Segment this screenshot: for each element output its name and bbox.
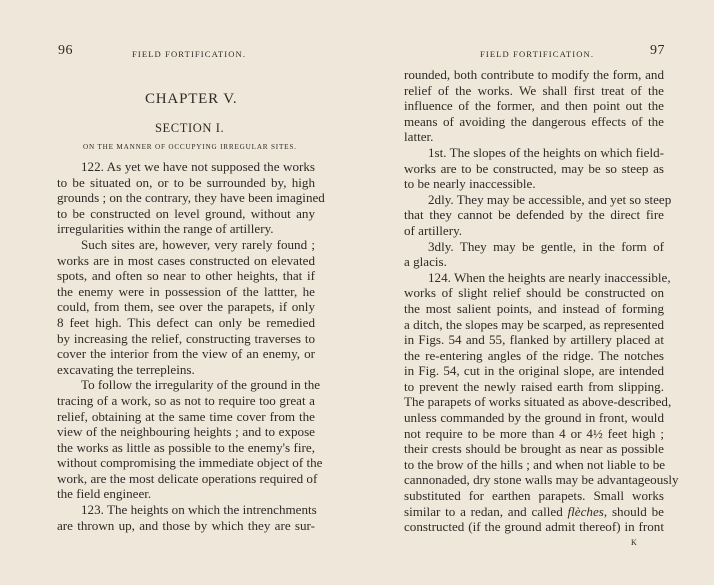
text-line: The parapets of works situated as above-… — [404, 394, 664, 410]
running-head-right: FIELD FORTIFICATION. — [480, 47, 594, 61]
text-line: 8 feet high. This defect can only be rem… — [57, 315, 315, 331]
section-subheading: ON THE MANNER OF OCCUPYING IRREGULAR SIT… — [83, 143, 297, 151]
text-line: cover the interior from the view of an e… — [57, 346, 315, 362]
text-line: to the brow of the hills ; and when not … — [404, 457, 664, 473]
text-line: their crests should be brought as near a… — [404, 441, 664, 457]
text-line: 124. When the heights are nearly inacces… — [404, 270, 664, 286]
text-line: unless commanded by the ground in front,… — [404, 410, 664, 426]
text-line: work, are the most delicate operations r… — [57, 471, 315, 487]
text-line: a glacis. — [404, 254, 664, 270]
text-fragment: , should be — [604, 504, 664, 519]
text-line: works of slight relief should be constru… — [404, 285, 664, 301]
page-number-right: 97 — [650, 44, 665, 58]
text-line: rounded, both contribute to modify the f… — [404, 67, 664, 83]
text-line: influence of the former, and then point … — [404, 98, 664, 114]
text-line: means of avoiding the dangerous effects … — [404, 114, 664, 130]
text-line: that they cannot be defended by the dire… — [404, 207, 664, 223]
italic-term-fleches: flèches — [568, 504, 604, 519]
running-head-left: FIELD FORTIFICATION. — [132, 47, 246, 61]
text-line: without compromising the immediate objec… — [57, 455, 315, 471]
text-line: of artillery. — [404, 223, 664, 239]
text-line: relief, obtaining at the same time cover… — [57, 409, 315, 425]
text-line: latter. — [404, 129, 664, 145]
book-spread: 96 FIELD FORTIFICATION. CHAPTER V. SECTI… — [0, 0, 714, 585]
text-line: view of the neighbouring heights ; and t… — [57, 424, 315, 440]
right-page: FIELD FORTIFICATION. 97 rounded, both co… — [357, 0, 714, 585]
text-line: to be situated on, or to be surrounded b… — [57, 175, 315, 191]
text-line: excavating the terrepleins. — [57, 362, 315, 378]
text-line: substituted for earthen parapets. Small … — [404, 488, 664, 504]
section-title: SECTION I. — [155, 121, 224, 136]
text-fragment: similar to a redan, and called — [404, 504, 568, 519]
text-line-with-italic: similar to a redan, and called flèches, … — [404, 504, 664, 520]
text-line: irregularities within the range of artil… — [57, 221, 315, 237]
text-line: in Fig. 54, cut in the original slope, a… — [404, 363, 664, 379]
text-line: tracing of a work, so as not to require … — [57, 393, 315, 409]
page-number-left: 96 — [58, 44, 73, 58]
text-line: to be constructed on level ground, witho… — [57, 206, 315, 222]
signature-mark: K — [631, 538, 637, 547]
text-line: constructed (if the ground admit thereof… — [404, 519, 664, 535]
text-line: works are to be constructed, may be so s… — [404, 161, 664, 177]
text-line: are thrown up, and those by which they a… — [57, 518, 315, 534]
left-page: 96 FIELD FORTIFICATION. CHAPTER V. SECTI… — [0, 0, 357, 585]
text-line: grounds ; on the contrary, they have bee… — [57, 190, 315, 206]
text-line: 3dly. They may be gentle, in the form of — [404, 239, 664, 255]
text-line: by increasing the relief, constructing t… — [57, 331, 315, 347]
text-line: the most salient points, and instead of … — [404, 301, 664, 317]
chapter-title: CHAPTER V. — [145, 91, 237, 108]
text-line: 122. As yet we have not supposed the wor… — [57, 159, 315, 175]
text-line: 1st. The slopes of the heights on which … — [404, 145, 664, 161]
left-body-text: 122. As yet we have not supposed the wor… — [57, 159, 315, 533]
text-line: To follow the irregularity of the ground… — [57, 377, 315, 393]
text-line: Such sites are, however, very rarely fou… — [57, 237, 315, 253]
text-line: the enemy were in possession of the latt… — [57, 284, 315, 300]
text-line: the field engineer. — [57, 486, 315, 502]
text-line: cannonaded, dry stone walls may be advan… — [404, 472, 664, 488]
text-line: not require to be more than 4 or 4½ feet… — [404, 426, 664, 442]
text-line: 123. The heights on which the intrenchme… — [57, 502, 315, 518]
text-line: the works as little as possible to the e… — [57, 440, 315, 456]
text-line: works are in most cases constructed on e… — [57, 253, 315, 269]
text-line: could, from them, see over the parapets,… — [57, 299, 315, 315]
text-line: the re-entering angles of the ridge. The… — [404, 348, 664, 364]
text-line: relief of the works. We shall first trea… — [404, 83, 664, 99]
text-line: spots, and often so near to other height… — [57, 268, 315, 284]
text-line: to be nearly inaccessible. — [404, 176, 664, 192]
right-body-text: rounded, both contribute to modify the f… — [404, 67, 664, 535]
text-line: to prevent the newly raised earth from s… — [404, 379, 664, 395]
text-line: 2dly. They may be accessible, and yet so… — [404, 192, 664, 208]
text-line: in Figs. 54 and 55, flanked by artillery… — [404, 332, 664, 348]
text-line: a ditch, the slopes may be scarped, as r… — [404, 317, 664, 333]
